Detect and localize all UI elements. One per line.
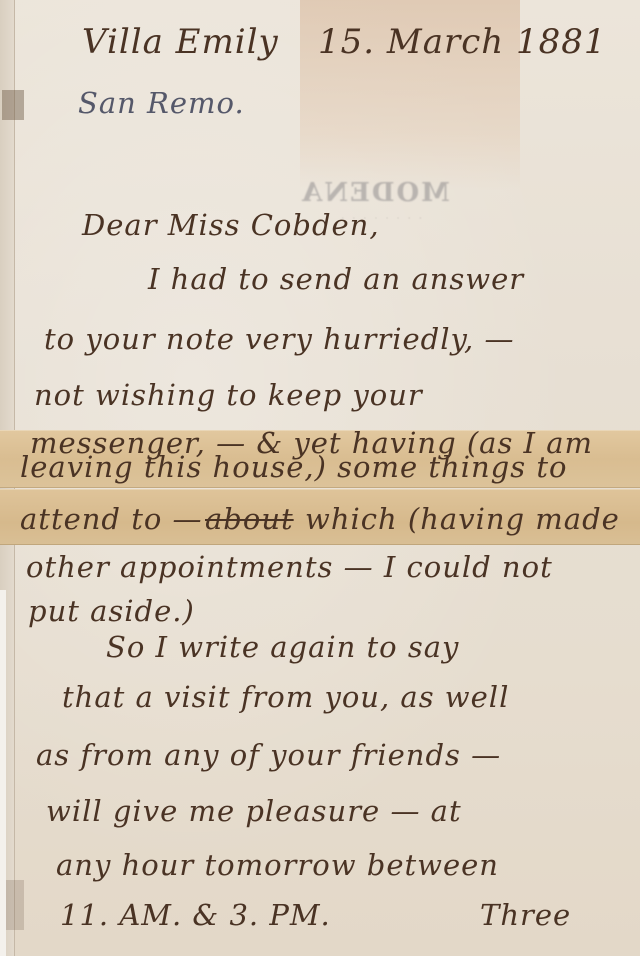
- body-line: put aside.): [28, 594, 195, 628]
- body-line: which (having made: [305, 502, 620, 536]
- body-line: other appointments — I could not: [26, 550, 553, 584]
- body-line: Three: [480, 898, 571, 932]
- header-place: Villa Emily: [82, 22, 279, 62]
- salutation: Dear Miss Cobden,: [82, 208, 380, 242]
- body-line: that a visit from you, as well: [62, 680, 509, 714]
- body-line: as from any of your friends —: [36, 738, 501, 772]
- header-town: San Remo.: [78, 86, 245, 120]
- body-line: So I write again to say: [106, 630, 459, 664]
- body-line: 11. AM. & 3. PM.: [60, 898, 331, 932]
- white-paper-edge: [0, 590, 6, 956]
- header-date: 15. March 1881: [318, 22, 607, 62]
- body-line: I had to send an answer: [148, 262, 524, 296]
- body-line: to your note very hurriedly, —: [44, 322, 514, 356]
- body-line: will give me pleasure — at: [46, 794, 462, 828]
- body-line: any hour tomorrow between: [56, 848, 499, 882]
- body-line: leaving this house,) some things to: [20, 450, 567, 484]
- letter-page: MODENA · · · · · · · · Villa Emily 15. M…: [0, 0, 640, 956]
- edge-damage-mark: [2, 90, 24, 120]
- body-line: attend to —: [20, 502, 203, 536]
- body-line: not wishing to keep your: [34, 378, 423, 412]
- struck-word: about: [205, 502, 294, 536]
